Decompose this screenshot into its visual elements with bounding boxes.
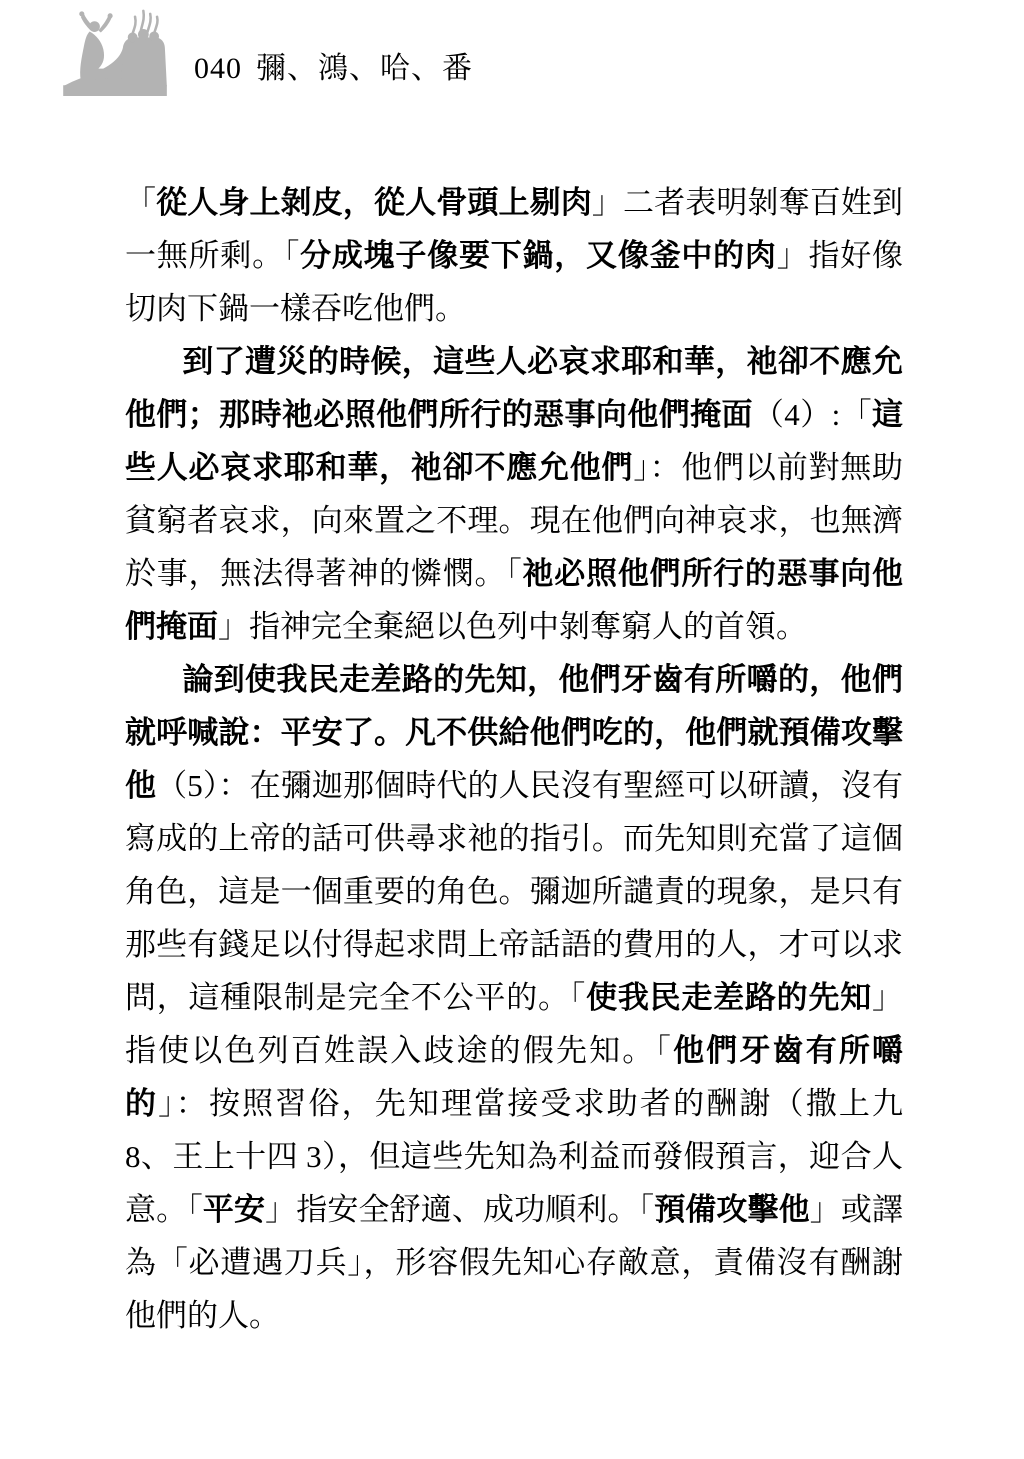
page-header: 040彌、鴻、哈、番	[60, 8, 473, 96]
running-head: 040彌、鴻、哈、番	[194, 54, 473, 84]
book-title: 彌、鴻、哈、番	[256, 52, 473, 85]
praying-figure-altar-flame-icon	[60, 8, 172, 96]
paragraph: 「從人身上剝皮，從人骨頭上剔肉」二者表明剝奪百姓到一無所剩。「分成塊子像要下鍋，…	[125, 176, 903, 335]
body-run: （4）:「	[753, 397, 872, 432]
emphasis-text: 平安	[203, 1192, 265, 1227]
emphasis-text: 使我民走差路的先知	[586, 980, 872, 1015]
emphasis-text: 從人身上剝皮，從人骨頭上剔肉	[156, 185, 592, 220]
body-run: （5）：在彌迦那個時代的人民沒有聖經可以研讀，沒有寫成的上帝的話可供尋求祂的指引…	[125, 768, 903, 1015]
paragraph: 到了遭災的時候，這些人必哀求耶和華，祂卻不應允他們；那時祂必照他們所行的惡事向他…	[125, 335, 903, 653]
body-run: 」指安全舒適、成功順利。「	[265, 1192, 654, 1227]
body-run: 」指神完全棄絕以色列中剝奪窮人的首領。	[218, 609, 807, 644]
emphasis-text: 分成塊子像要下鍋，又像釜中的肉	[300, 238, 777, 273]
body-run: 「	[125, 185, 156, 220]
emphasis-text: 預備攻擊他	[654, 1192, 810, 1227]
paragraph: 論到使我民走差路的先知，他們牙齒有所嚼的，他們就呼喊說：平安了。凡不供給他們吃的…	[125, 653, 903, 1342]
page-number: 040	[194, 52, 242, 85]
body-text: 「從人身上剝皮，從人骨頭上剔肉」二者表明剝奪百姓到一無所剩。「分成塊子像要下鍋，…	[125, 176, 903, 1342]
book-page: 040彌、鴻、哈、番 「從人身上剝皮，從人骨頭上剔肉」二者表明剝奪百姓到一無所剩…	[0, 0, 1024, 1459]
